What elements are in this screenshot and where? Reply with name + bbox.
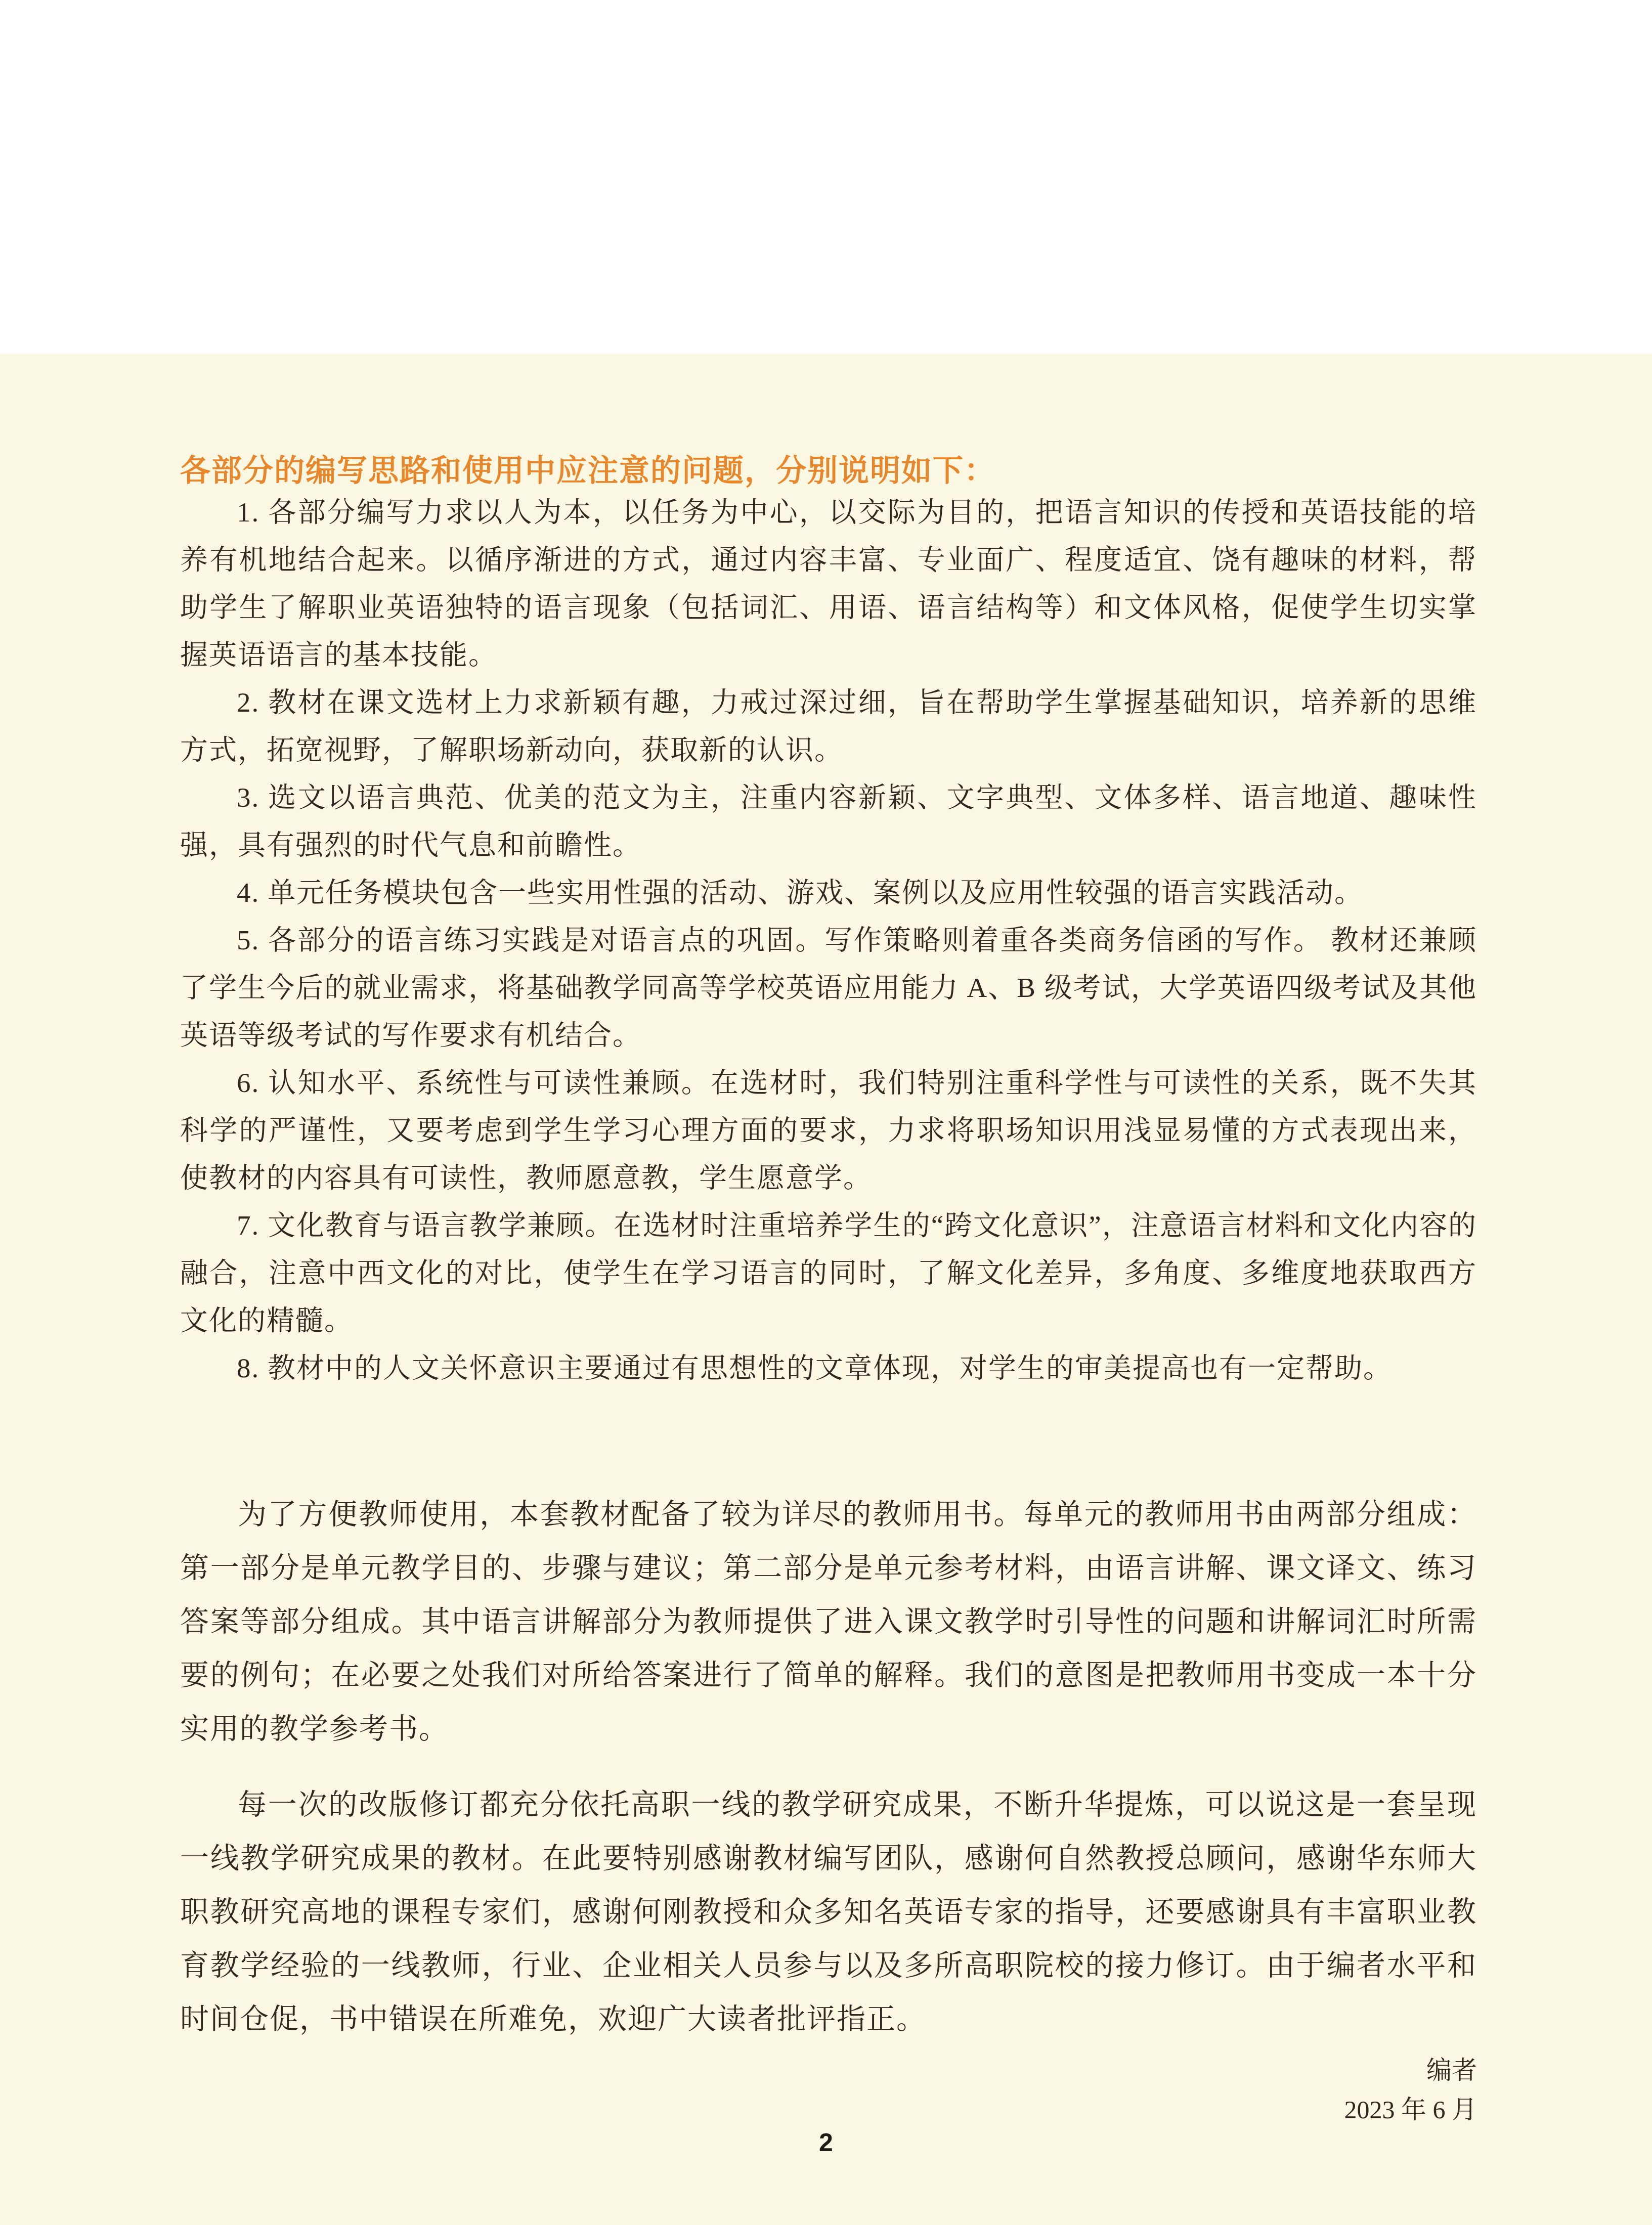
section-gap: [180, 1392, 1477, 1488]
content-area: 各部分的编写思路和使用中应注意的问题，分别说明如下： 1. 各部分编写力求以人为…: [0, 354, 1652, 2225]
numbered-point-2: 2. 教材在课文选材上力求新颖有趣，力戒过深过细，旨在帮助学生掌握基础知识，培养…: [180, 679, 1477, 774]
numbered-point-5: 5. 各部分的语言练习实践是对语言点的巩固。写作策略则着重各类商务信函的写作。 …: [180, 917, 1477, 1059]
teachers-book-paragraph: 为了方便教师使用，本套教材配备了较为详尽的教师用书。每单元的教师用书由两部分组成…: [180, 1488, 1477, 1756]
signature-date: 2023 年 6 月: [180, 2090, 1477, 2129]
numbered-point-7: 7. 文化教育与语言教学兼顾。在选材时注重培养学生的“跨文化意识”，注意语言材料…: [180, 1202, 1477, 1344]
signature-author: 编者: [180, 2051, 1477, 2090]
book-page: 各部分的编写思路和使用中应注意的问题，分别说明如下： 1. 各部分编写力求以人为…: [0, 0, 1652, 2225]
acknowledgement-paragraph: 每一次的改版修订都充分依托高职一线的教学研究成果，不断升华提炼，可以说这是一套呈…: [180, 1778, 1477, 2046]
page-number: 2: [0, 2127, 1652, 2158]
numbered-point-8: 8. 教材中的人文关怀意识主要通过有思想性的文章体现，对学生的审美提高也有一定帮…: [180, 1344, 1477, 1392]
numbered-point-3: 3. 选文以语言典范、优美的范文为主，注重内容新颖、文字典型、文体多样、语言地道…: [180, 774, 1477, 869]
section-heading: 各部分的编写思路和使用中应注意的问题，分别说明如下：: [180, 453, 1477, 489]
signature-block: 编者 2023 年 6 月: [180, 2051, 1477, 2129]
numbered-point-1: 1. 各部分编写力求以人为本，以任务为中心，以交际为目的，把语言知识的传授和英语…: [180, 489, 1477, 679]
numbered-point-4: 4. 单元任务模块包含一些实用性强的活动、游戏、案例以及应用性较强的语言实践活动…: [180, 869, 1477, 917]
numbered-point-6: 6. 认知水平、系统性与可读性兼顾。在选材时，我们特别注重科学性与可读性的关系，…: [180, 1059, 1477, 1202]
